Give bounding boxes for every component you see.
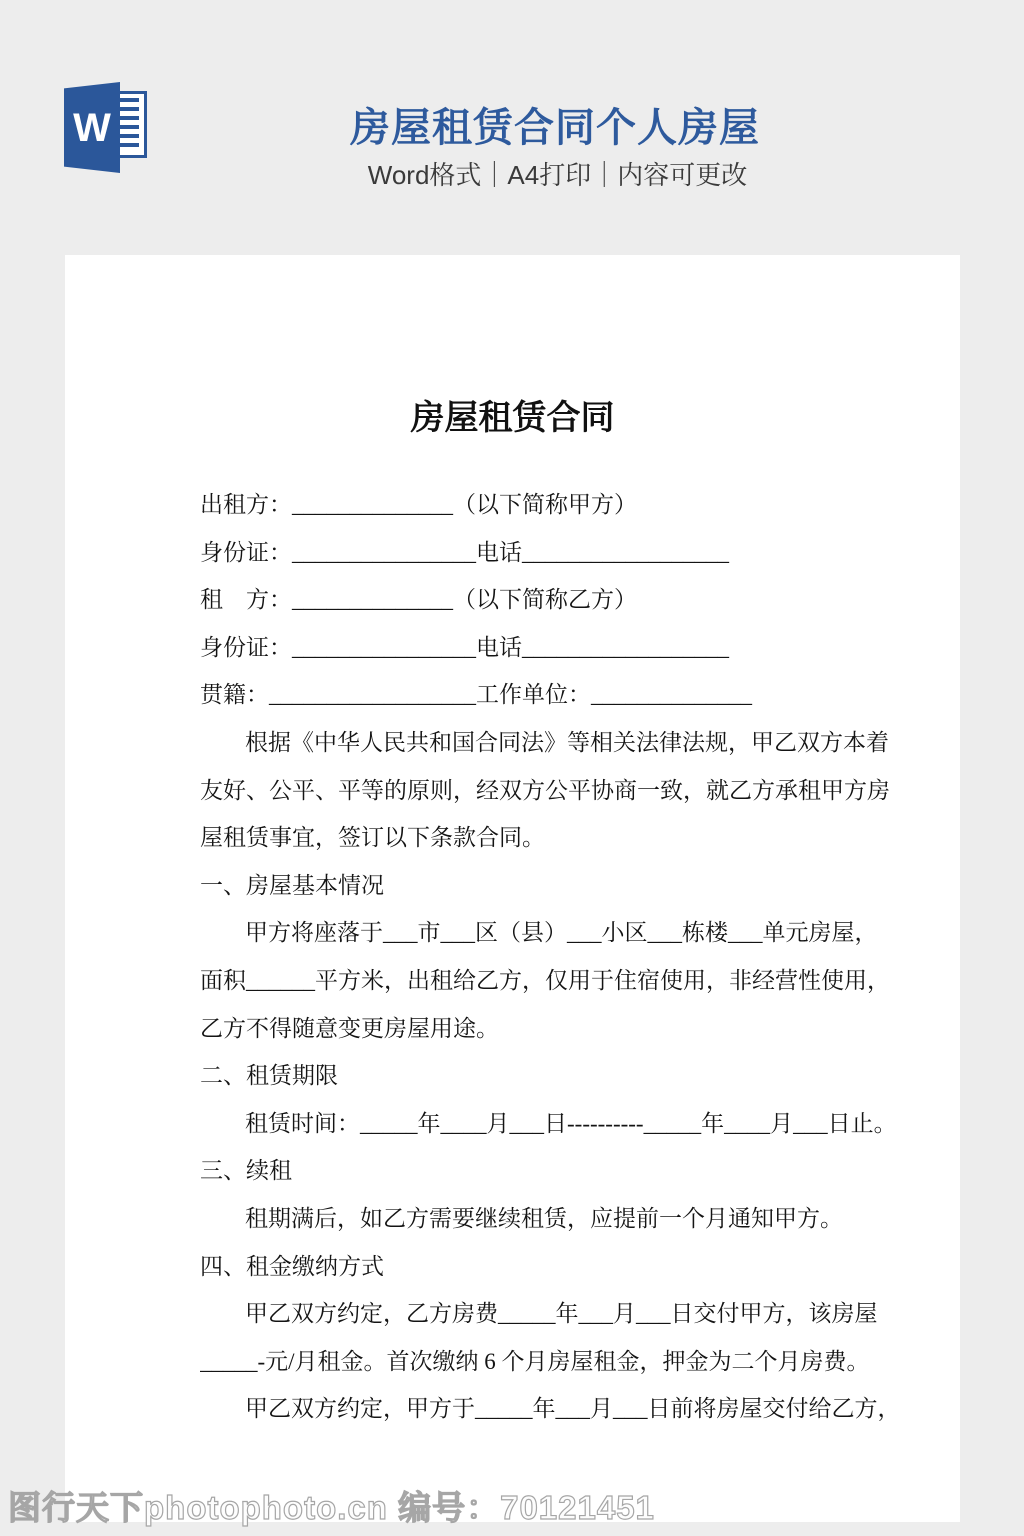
document-line: 根据《中华人民共和国合同法》等相关法律法规，甲乙双方本着	[200, 719, 932, 767]
document-line: 身份证：________________电话__________________	[200, 529, 932, 577]
word-icon: W	[64, 82, 148, 173]
document-line: 贯籍：__________________工作单位：______________	[200, 671, 932, 719]
document-line: 二、租赁期限	[200, 1052, 932, 1100]
document-line: 三、续租	[200, 1147, 932, 1195]
document-line: 租 方：______________（以下简称乙方）	[200, 576, 932, 624]
document-line: 面积______平方米，出租给乙方，仅用于住宿使用，非经营性使用，	[200, 957, 932, 1005]
document-lines: 出租方：______________（以下简称甲方）身份证：__________…	[65, 481, 960, 1433]
document-line: 四、租金缴纳方式	[200, 1243, 932, 1291]
document-line: 租赁时间：_____年____月___日----------_____年____…	[200, 1100, 932, 1148]
banner-subtitle: Word格式｜A4打印｜内容可更改	[150, 155, 965, 192]
document-line: 友好、公平、平等的原则，经双方公平协商一致，就乙方承租甲方房	[200, 767, 932, 815]
word-icon-letter: W	[73, 108, 111, 148]
document-line: 租期满后，如乙方需要继续租赁，应提前一个月通知甲方。	[200, 1195, 932, 1243]
document-line: 屋租赁事宜，签订以下条款合同。	[200, 814, 932, 862]
document-line: 甲方将座落于___市___区（县）___小区___栋楼___单元房屋，	[200, 909, 932, 957]
document-line: 甲乙双方约定，甲方于_____年___月___日前将房屋交付给乙方，	[200, 1385, 932, 1433]
document-title: 房屋租赁合同	[65, 255, 960, 441]
watermark-text: 图行天下photophoto.cn 编号：70121451	[8, 1482, 655, 1529]
document-line: 一、房屋基本情况	[200, 862, 932, 910]
document-page: 房屋租赁合同 出租方：______________（以下简称甲方）身份证：___…	[65, 255, 960, 1522]
document-line: 出租方：______________（以下简称甲方）	[200, 481, 932, 529]
document-line: 甲乙双方约定，乙方房费_____年___月___日交付甲方，该房屋	[200, 1290, 932, 1338]
word-icon-blue-panel: W	[64, 82, 120, 173]
banner-title: 房屋租赁合同个人房屋	[150, 96, 960, 153]
document-line: 乙方不得随意变更房屋用途。	[200, 1005, 932, 1053]
document-line: 身份证：________________电话__________________	[200, 624, 932, 672]
document-line: _____-元/月租金。首次缴纳 6 个月房屋租金，押金为二个月房费。	[200, 1338, 932, 1386]
